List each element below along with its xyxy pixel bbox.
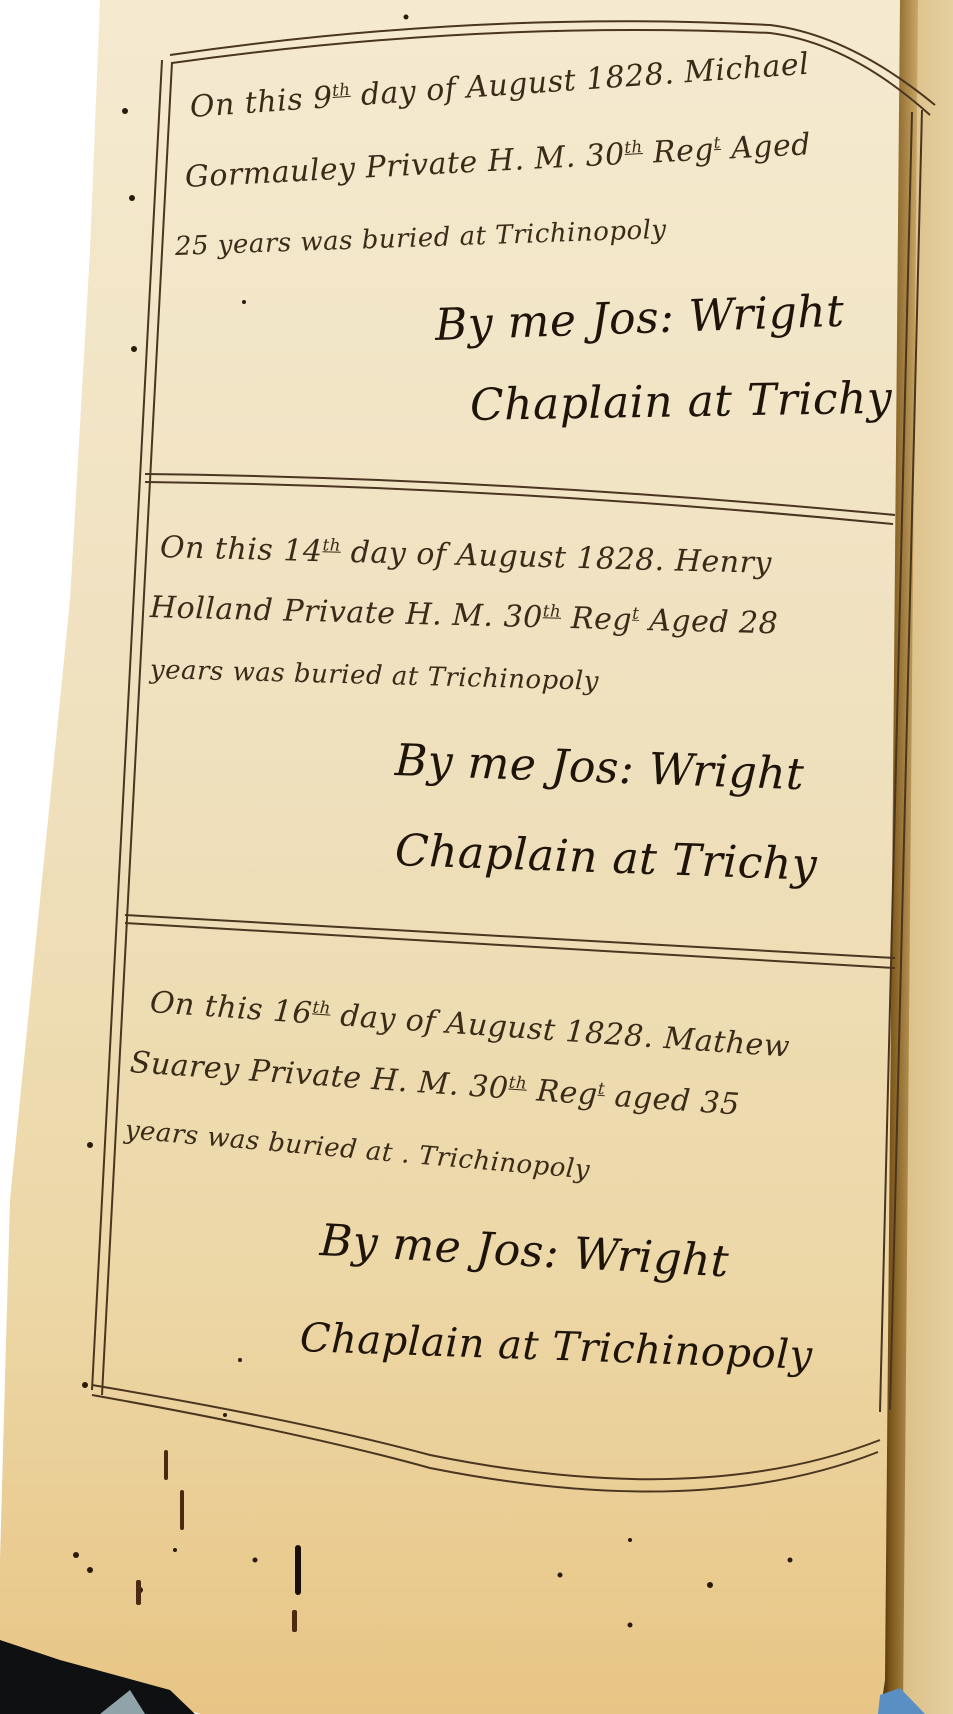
entry-1-signature-title: Chaplain at Trichy — [470, 373, 893, 431]
register-page: On this 9th day of August 1828. Michael … — [0, 0, 953, 1714]
scan-stage: On this 9th day of August 1828. Michael … — [0, 0, 953, 1714]
